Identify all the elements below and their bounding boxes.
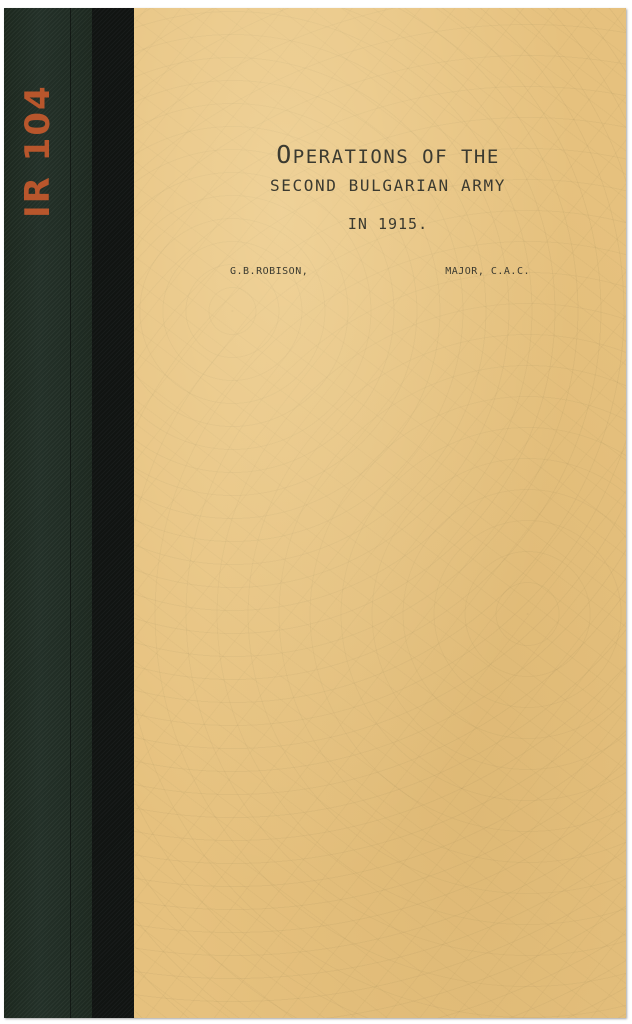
title-line-3: IN 1915. xyxy=(142,215,632,233)
title-line-1-rest: PERATIONS OF THE xyxy=(293,146,500,168)
front-cover: OPERATIONS OF THE SECOND BULGARIAN ARMY … xyxy=(134,8,626,1018)
title-initial: O xyxy=(276,140,293,169)
title-line-2: SECOND BULGARIAN ARMY xyxy=(142,176,632,195)
title-line-1: OPERATIONS OF THE xyxy=(142,140,632,169)
book: IR 104 1934 OPERATIONS OF THE SECOND BUL… xyxy=(4,8,626,1018)
spine-cloth-black: 1934 xyxy=(92,8,134,1018)
spine-cloth-green: IR 104 xyxy=(4,8,92,1018)
author-name: G.B.ROBISON, xyxy=(230,266,308,277)
author-rank: MAJOR, C.A.C. xyxy=(445,266,530,277)
spine-call-number: IR 104 xyxy=(18,84,58,218)
